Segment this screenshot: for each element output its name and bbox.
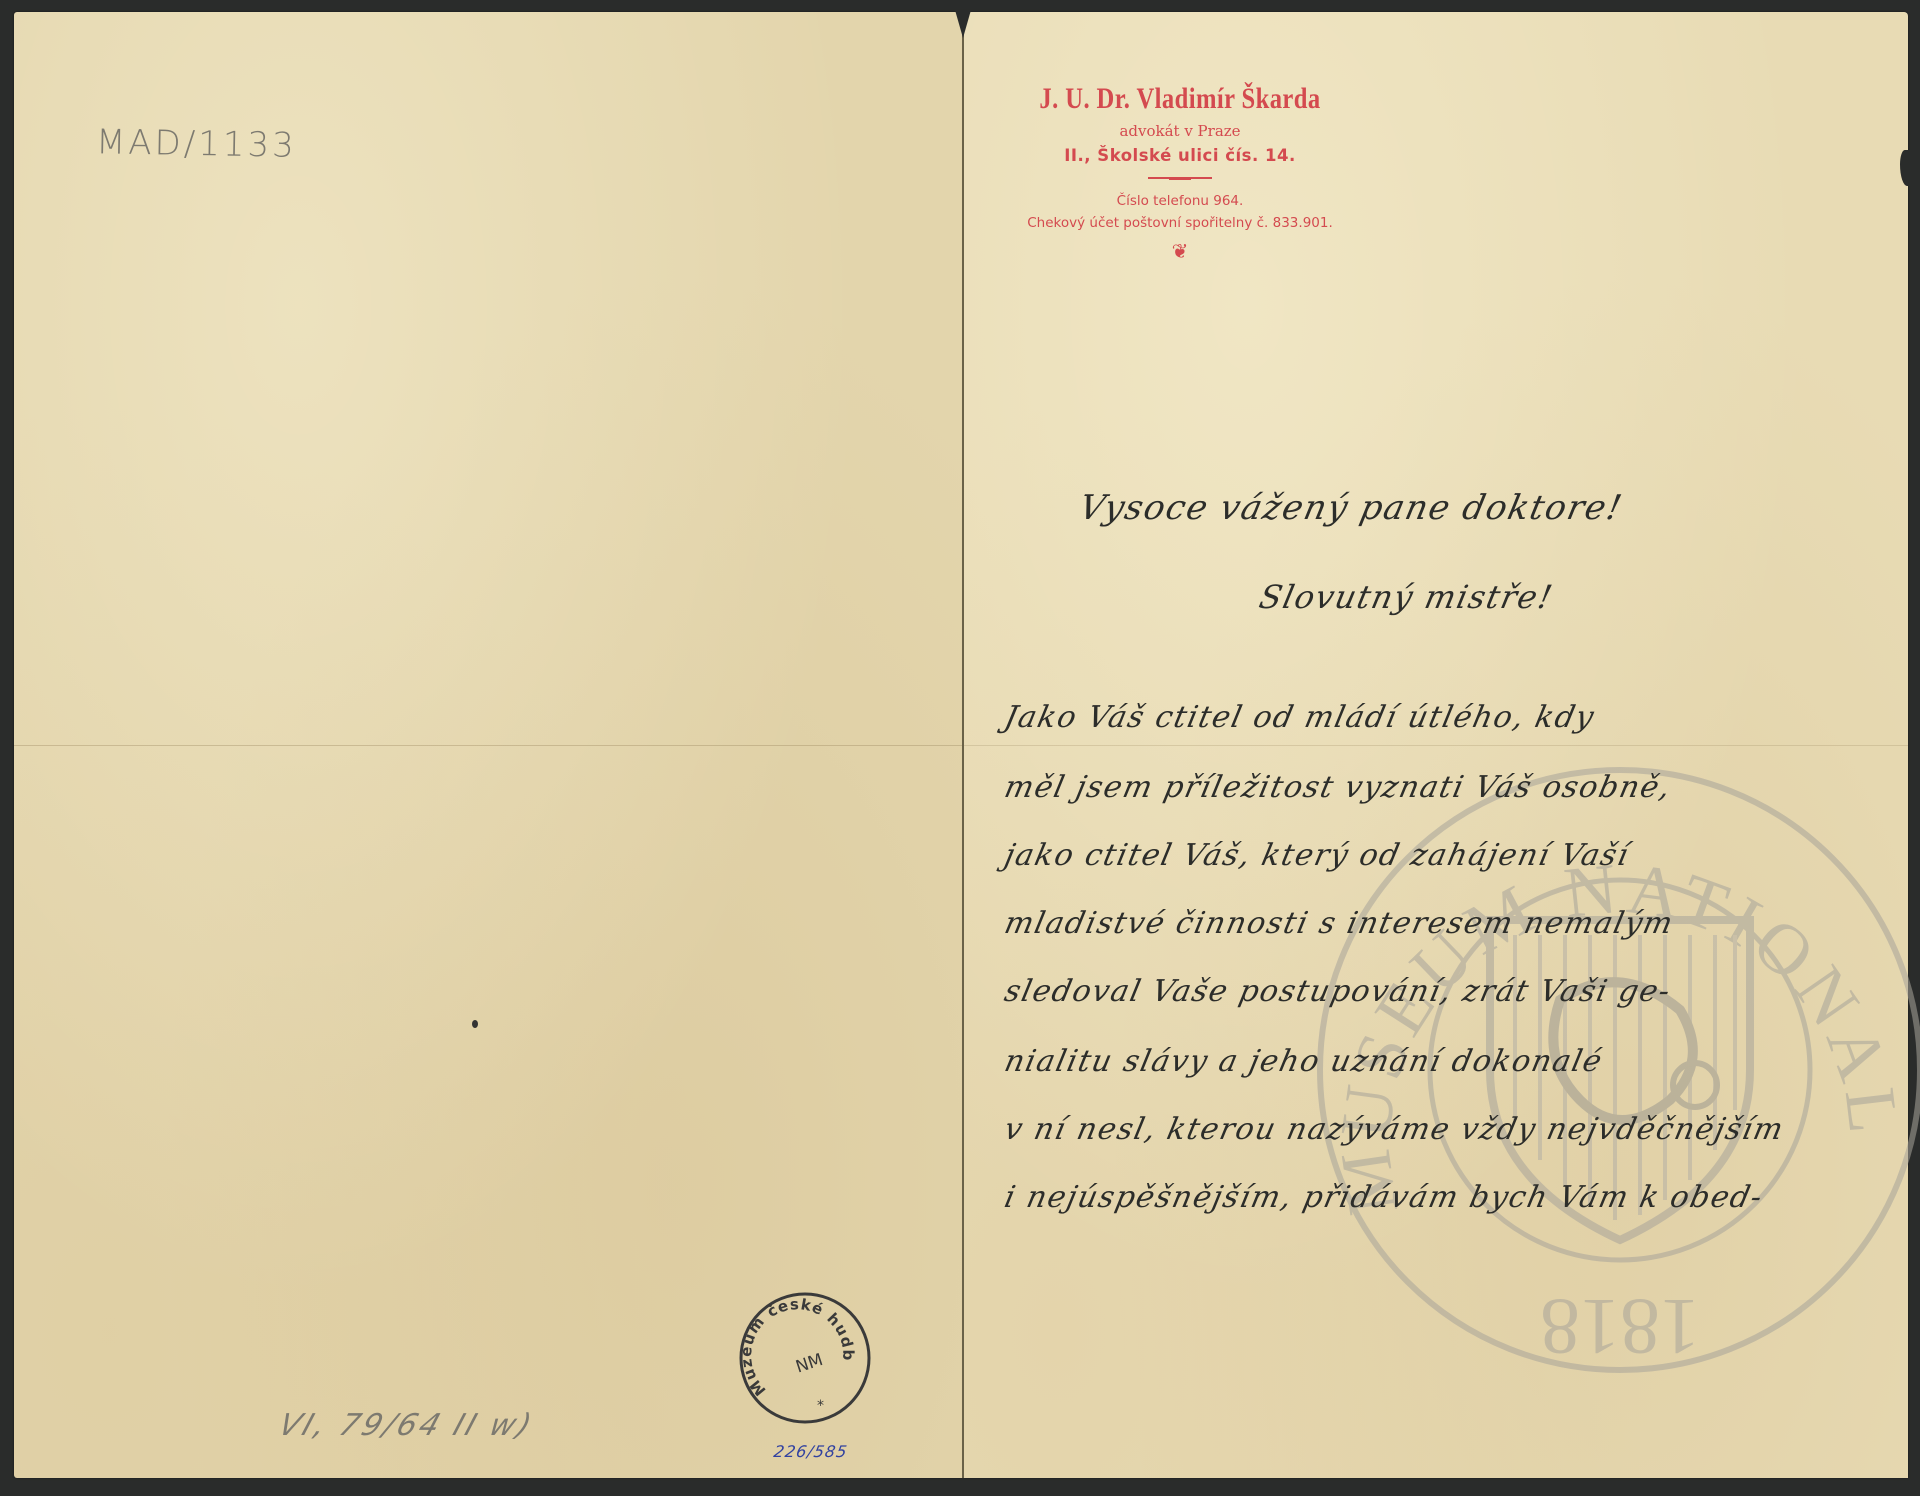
salutation-line-2: Slovutný mistře! (1256, 578, 1557, 616)
letter-line: i nejúspěšnějším, přidávám bych Vám k ob… (1001, 1180, 1766, 1215)
edge-tear (1900, 150, 1912, 186)
horizontal-crease-right (964, 745, 1908, 746)
stamp-ring-text: Muzeum české hudby (737, 1290, 857, 1399)
archive-pencil-mark-bottom: VI, 79/64 II w) (274, 1408, 538, 1443)
archive-pencil-mark-top: MAD/1133 (96, 122, 297, 165)
salutation-line-1: Vysoce vážený pane doktore! (1076, 488, 1627, 528)
ink-spot (472, 1020, 478, 1028)
letterhead-account: Chekový účet poštovní spořitelny č. 833.… (980, 215, 1380, 231)
letterhead-phone: Číslo telefonu 964. (980, 193, 1380, 209)
stamp-center-text: NM (793, 1350, 825, 1377)
letterhead-address: II., Školské ulici čís. 14. (980, 146, 1380, 165)
letterhead: J. U. Dr. Vladimír Škarda advokát v Praz… (980, 82, 1380, 261)
letterhead-name: J. U. Dr. Vladimír Škarda (1016, 82, 1344, 116)
stamp-circle-icon: Muzeum české hudby NM * (737, 1290, 873, 1426)
letter-line: Jako Váš ctitel od mládí útlého, kdy (1001, 700, 1598, 735)
ornament-icon: ❦ (980, 241, 1380, 261)
letterhead-divider (1148, 177, 1212, 179)
inventory-number: 226/585 (772, 1442, 849, 1461)
museum-stamp: Muzeum české hudby NM * (737, 1290, 873, 1426)
letterhead-title: advokát v Praze (980, 122, 1380, 140)
letter-line: sledoval Vaše postupování, zrát Vaši ge- (1001, 974, 1674, 1009)
fold-notch (955, 10, 971, 38)
letter-line: mladistvé činnosti s interesem nemalým (1001, 906, 1677, 941)
letter-line: jako ctitel Váš, který od zahájení Vaší (1001, 838, 1632, 873)
svg-text:Muzeum české hudby: Muzeum české hudby (737, 1290, 857, 1399)
letter-line: nialitu slávy a jeho uznání dokonalé (1001, 1044, 1606, 1079)
stamp-star-icon: * (817, 1398, 824, 1414)
letter-line: v ní nesl, kterou nazýváme vždy nejvděčn… (1001, 1112, 1787, 1147)
horizontal-crease-left (14, 745, 962, 746)
letter-line: měl jsem příležitost vyznati Váš osobně, (1001, 770, 1674, 805)
